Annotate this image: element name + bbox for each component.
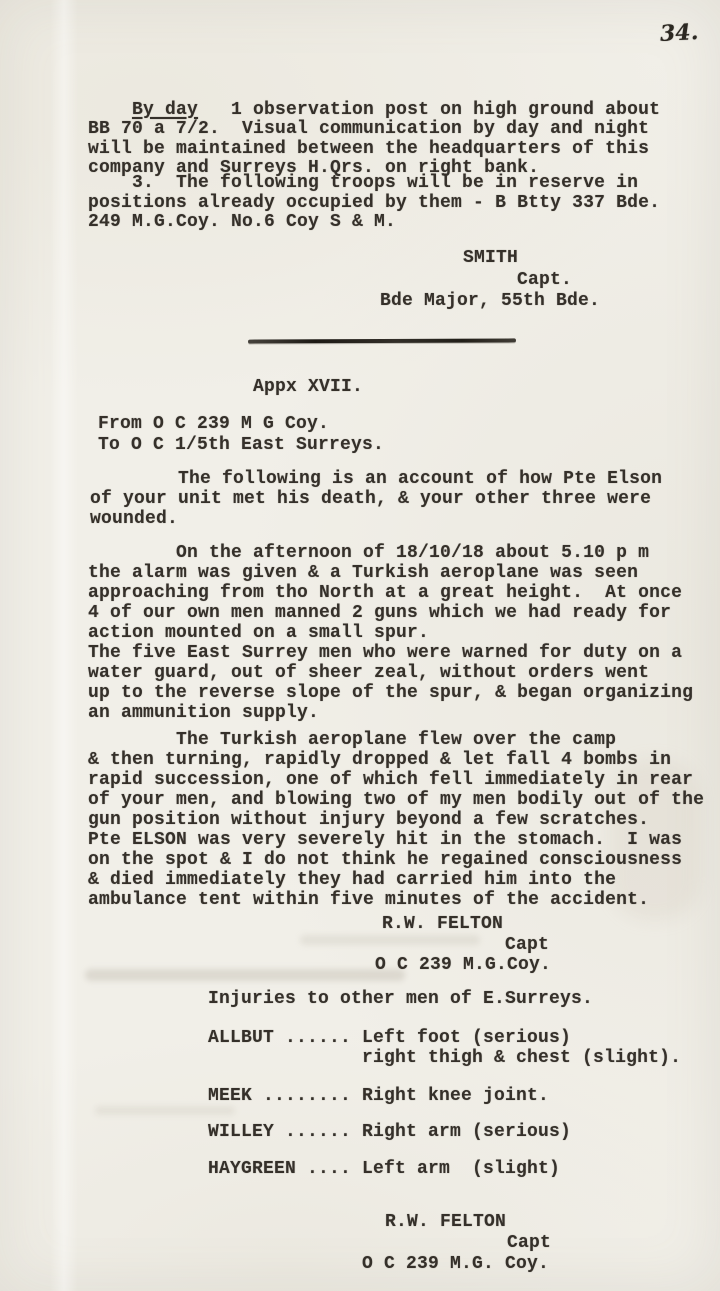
paper-crease bbox=[50, 0, 78, 1291]
paper-stain bbox=[95, 1106, 235, 1115]
smith-signature-name: SMITH bbox=[463, 248, 518, 268]
smith-signature-title: Bde Major, 55th Bde. bbox=[380, 291, 600, 311]
felton-signature-rank: Capt bbox=[505, 935, 549, 955]
paragraph-aeroplane-bombs: The Turkish aeroplane flew over the camp… bbox=[88, 730, 704, 910]
paragraph-reserve-troops: 3. The following troops will be in reser… bbox=[88, 174, 660, 233]
by-day-underlined-label: By day bbox=[132, 100, 198, 120]
paragraph-account-intro: The following is an account of how Pte E… bbox=[90, 469, 662, 529]
appendix-heading: Appx XVII. bbox=[253, 377, 363, 397]
felton-signature2-name: R.W. FELTON bbox=[385, 1212, 506, 1232]
typewritten-document-page: 34. By day 1 observation post on high gr… bbox=[0, 0, 720, 1291]
from-line: From O C 239 M G Coy. bbox=[98, 414, 329, 434]
injury-entry-meek: MEEK ........ Right knee joint. bbox=[208, 1086, 549, 1106]
paper-stain bbox=[300, 935, 480, 945]
to-line: To O C 1/5th East Surreys. bbox=[98, 435, 384, 455]
injury-entry-haygreen: HAYGREEN .... Left arm (slight) bbox=[208, 1159, 560, 1179]
felton-signature2-rank: Capt bbox=[507, 1233, 551, 1253]
felton-signature-name: R.W. FELTON bbox=[382, 914, 503, 934]
paragraph-afternoon-attack: On the afternoon of 18/10/18 about 5.10 … bbox=[88, 543, 693, 723]
felton-signature2-unit: O C 239 M.G. Coy. bbox=[362, 1254, 549, 1274]
smith-signature-rank: Capt. bbox=[517, 270, 572, 290]
page-number: 34. bbox=[659, 19, 699, 47]
section-divider-rule bbox=[248, 338, 516, 343]
injury-entry-willey: WILLEY ...... Right arm (serious) bbox=[208, 1122, 571, 1142]
injuries-heading: Injuries to other men of E.Surreys. bbox=[208, 989, 593, 1009]
paper-stain bbox=[85, 969, 405, 981]
injury-entry-allbut: ALLBUT ...... Left foot (serious) right … bbox=[208, 1028, 681, 1068]
felton-signature-unit: O C 239 M.G.Coy. bbox=[375, 955, 551, 975]
